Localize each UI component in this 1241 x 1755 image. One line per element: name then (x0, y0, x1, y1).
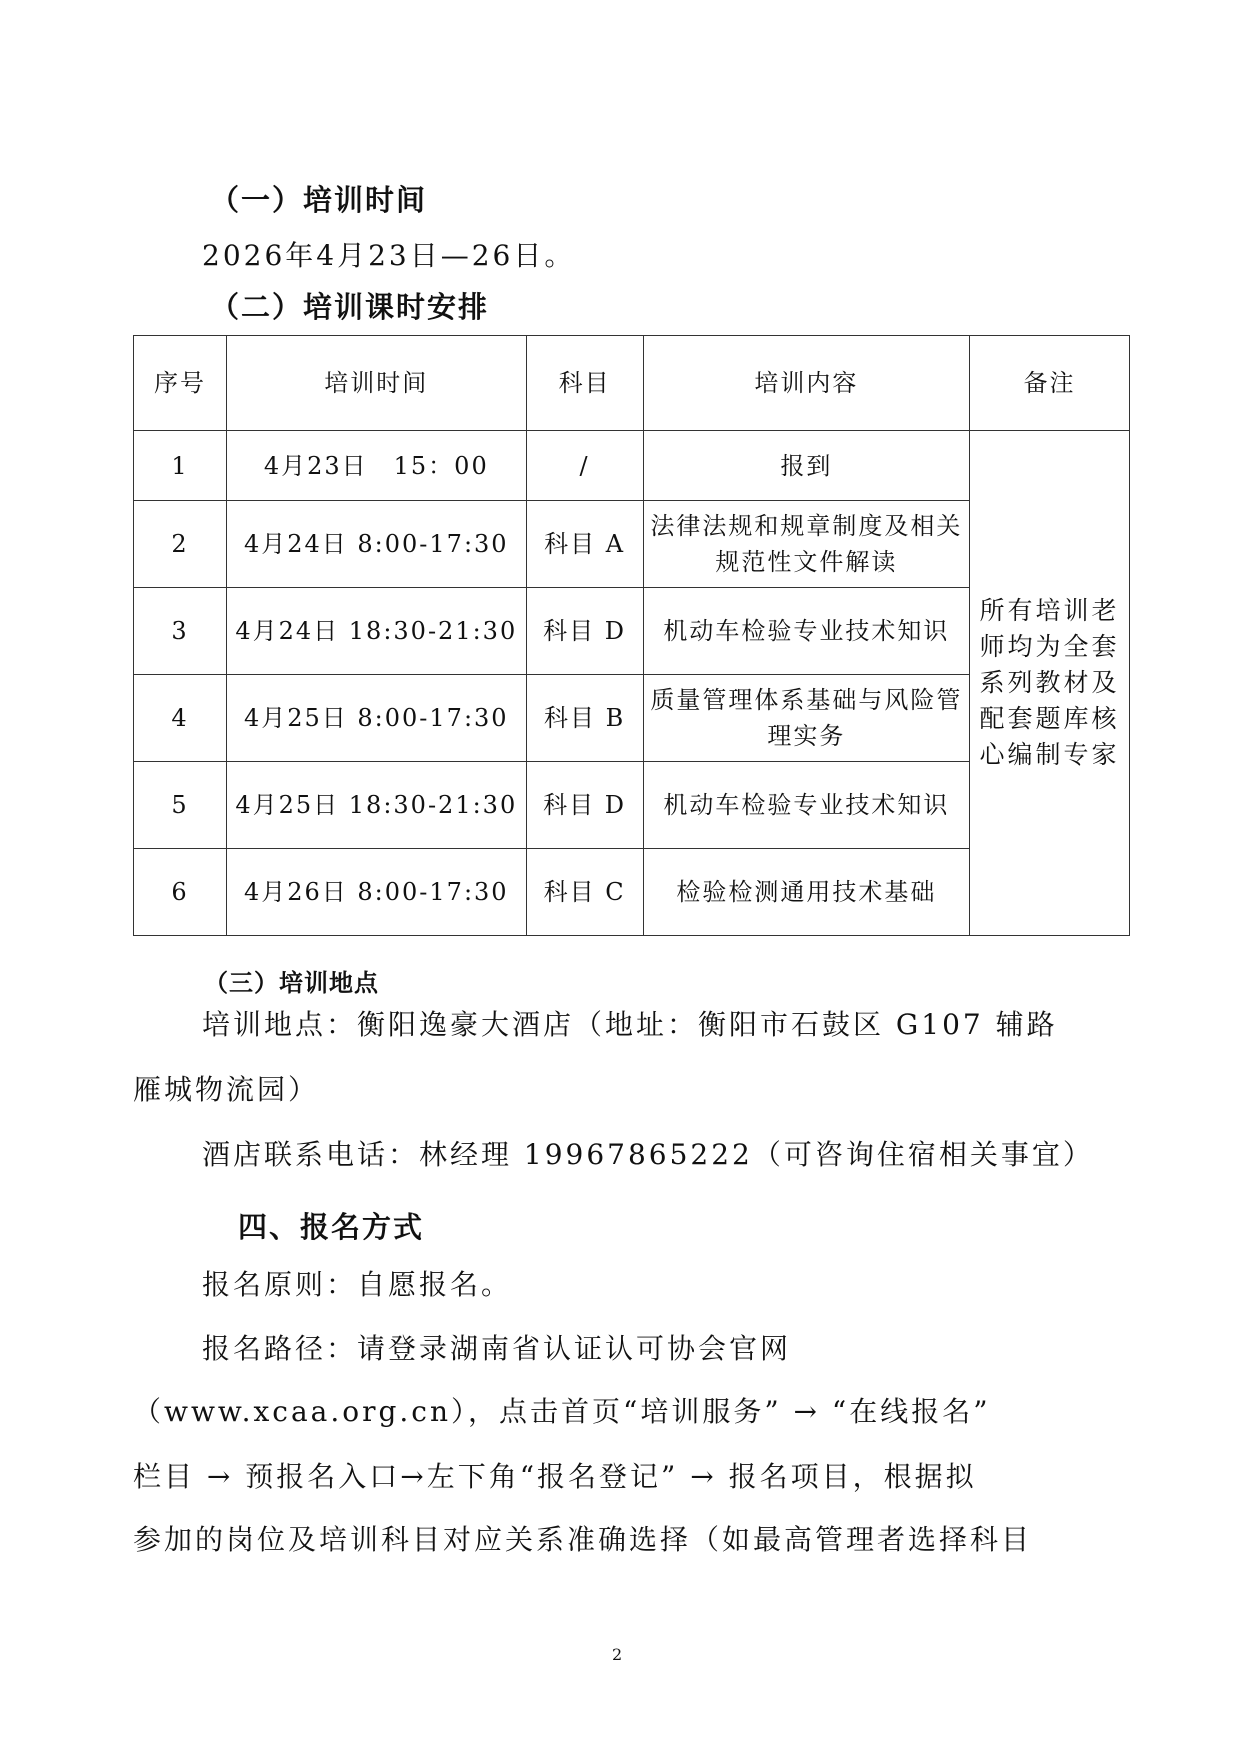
cell-content: 机动车检验专业技术知识 (643, 588, 970, 675)
cell-time: 4月24日 8:00-17:30 (226, 501, 526, 588)
schedule-table: 序号 培训时间 科目 培训内容 备注 1 4月23日 15：00 / 报到 所有… (133, 335, 1130, 936)
location-line-2: 雁城物流园） (133, 1068, 319, 1108)
cell-time: 4月25日 18:30-21:30 (226, 762, 526, 849)
hotel-contact: 酒店联系电话：林经理 19967865222（可咨询住宿相关事宜） (202, 1133, 1094, 1173)
cell-content: 报到 (643, 431, 970, 501)
registration-path-line-3: 栏目 → 预报名入口→左下角“报名登记” → 报名项目，根据拟 (133, 1455, 977, 1495)
cell-subject: / (526, 431, 643, 501)
cell-time: 4月26日 8:00-17:30 (226, 849, 526, 936)
cell-subject: 科目 A (526, 501, 643, 588)
registration-path-line-2: （www.xcaa.org.cn），点击首页“培训服务” → “在线报名” (133, 1390, 991, 1430)
col-header-remark: 备注 (970, 336, 1130, 431)
cell-content: 质量管理体系基础与风险管理实务 (643, 675, 970, 762)
col-header-time: 培训时间 (226, 336, 526, 431)
table-header-row: 序号 培训时间 科目 培训内容 备注 (134, 336, 1130, 431)
cell-time: 4月24日 18:30-21:30 (226, 588, 526, 675)
section-heading-training-time: （一）培训时间 (210, 178, 427, 219)
cell-subject: 科目 D (526, 762, 643, 849)
cell-no: 4 (134, 675, 227, 762)
cell-time: 4月25日 8:00-17:30 (226, 675, 526, 762)
section-heading-location: （三）培训地点 (204, 963, 379, 998)
section-heading-registration: 四、报名方式 (238, 1205, 424, 1246)
cell-no: 1 (134, 431, 227, 501)
location-line-1: 培训地点：衡阳逸豪大酒店（地址：衡阳市石鼓区 G107 辅路 (202, 1003, 1058, 1043)
cell-no: 6 (134, 849, 227, 936)
cell-content: 法律法规和规章制度及相关规范性文件解读 (643, 501, 970, 588)
cell-subject: 科目 C (526, 849, 643, 936)
cell-no: 5 (134, 762, 227, 849)
col-header-content: 培训内容 (643, 336, 970, 431)
col-header-no: 序号 (134, 336, 227, 431)
cell-no: 2 (134, 501, 227, 588)
registration-path-line-1: 报名路径：请登录湖南省认证认可协会官网 (202, 1327, 791, 1367)
cell-subject: 科目 D (526, 588, 643, 675)
col-header-subject: 科目 (526, 336, 643, 431)
cell-remark: 所有培训老师均为全套系列教材及配套题库核心编制专家 (970, 431, 1130, 936)
cell-time: 4月23日 15：00 (226, 431, 526, 501)
cell-subject: 科目 B (526, 675, 643, 762)
training-dates: 2026年4月23日—26日。 (202, 234, 575, 274)
page-number: 2 (612, 1645, 622, 1664)
cell-content: 机动车检验专业技术知识 (643, 762, 970, 849)
section-heading-schedule: （二）培训课时安排 (210, 285, 489, 326)
table-row: 1 4月23日 15：00 / 报到 所有培训老师均为全套系列教材及配套题库核心… (134, 431, 1130, 501)
cell-content: 检验检测通用技术基础 (643, 849, 970, 936)
cell-no: 3 (134, 588, 227, 675)
registration-path-line-4: 参加的岗位及培训科目对应关系准确选择（如最高管理者选择科目 (133, 1518, 1032, 1558)
registration-principle: 报名原则：自愿报名。 (202, 1263, 512, 1303)
